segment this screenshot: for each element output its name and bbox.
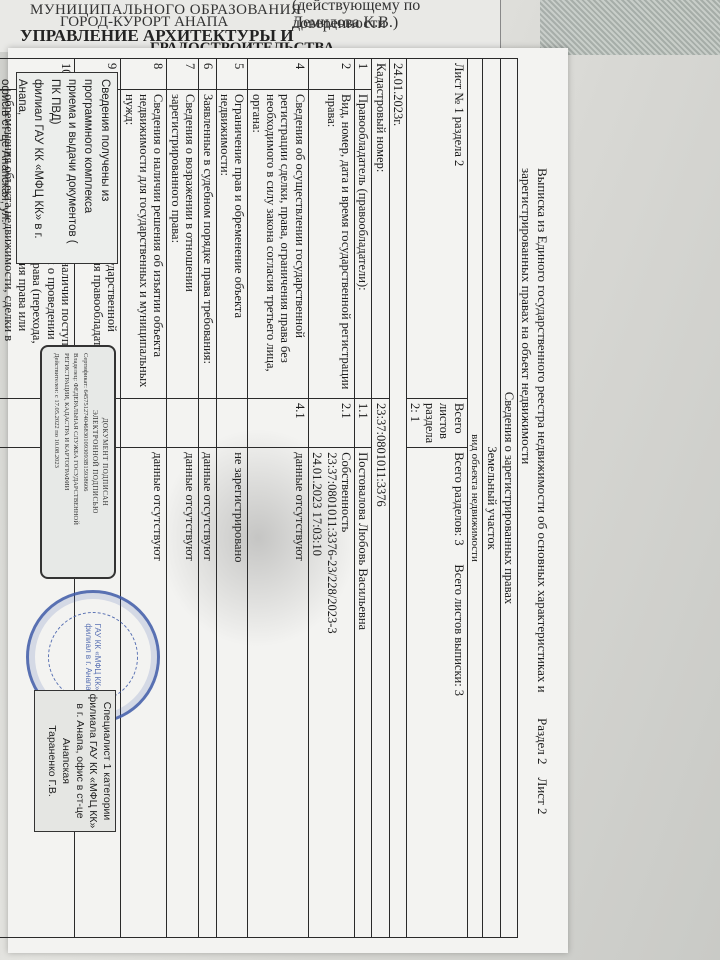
row-number: 2 xyxy=(308,59,354,90)
stamp-text: ГАУ КК «МФЦ КК» филиал в г. Анапа xyxy=(48,612,138,702)
sheet-number: Лист 2 xyxy=(535,778,550,815)
signature-owner: Владелец: ФЕДЕРАЛЬНАЯ СЛУЖБА ГОСУДАРСТВЕ… xyxy=(61,353,80,571)
total-sheets: Всего листов выписки: 3 xyxy=(452,564,466,696)
specialist-box: Специалист 1 категории филиала ГАУ КК «М… xyxy=(34,690,116,832)
section-label: Раздел 2 Лист 2 xyxy=(534,718,550,815)
table-row: 4Сведения об осуществлении государственн… xyxy=(248,59,309,938)
row-sub-number xyxy=(167,399,199,448)
row-sub-number xyxy=(121,399,167,448)
info-line-1: Сведения получены из программного компле… xyxy=(80,79,113,257)
row-label: Сведения об осуществлении государственно… xyxy=(248,90,309,399)
row-number: 5 xyxy=(216,59,248,90)
row-number: 8 xyxy=(121,59,167,90)
row-value: данные отсутствуют xyxy=(167,448,199,938)
section-number: Раздел 2 xyxy=(535,718,550,765)
row-number: 4 xyxy=(248,59,309,90)
bg-right-2: Демидова К.В.) xyxy=(292,14,398,32)
total-sheets-section: Всего листов раздела 2: 1 xyxy=(407,399,468,448)
cadastral-number: 23:37:0801011:3376 xyxy=(372,399,389,938)
row-value: данные отсутствуют xyxy=(248,448,309,938)
row-label: Правообладатель (правообладатели): xyxy=(354,90,371,399)
table-row: 2Вид, номер, дата и время государственно… xyxy=(308,59,354,938)
row-label: Ограничение прав и обременение объекта н… xyxy=(216,90,248,399)
info-line-4: офис в ст-це Анапская, ул. Тбилисская, 2… xyxy=(0,79,13,257)
specialist-line-4: Анапская xyxy=(58,693,72,829)
specialist-line-5: Тараненко Г.В. xyxy=(45,693,59,829)
specialist-line-2: филиала ГАУ КК «МФЦ КК» xyxy=(86,693,100,829)
table-row: 6Заявленные в судебном порядке права тре… xyxy=(199,59,216,938)
info-line-3: филиал ГАУ КК «МФЦ КК» в г. Анапа, xyxy=(13,79,46,257)
row-value: Постовалова Любовь Васильевна xyxy=(354,448,371,938)
table-row: 7Сведения о возражении в отношении зарег… xyxy=(167,59,199,938)
cadastral-label: Кадастровый номер: xyxy=(372,59,389,399)
background-document-header: МУНИЦИПАЛЬНОГО ОБРАЗОВАНИЯ ГОРОД-КУРОРТ … xyxy=(0,0,501,52)
specialist-line-1: Специалист 1 категории xyxy=(99,693,113,829)
row-value: не зарегистрировано xyxy=(216,448,248,938)
total-sections-cell: Всего разделов: 3 Всего листов выписки: … xyxy=(407,448,468,938)
row-value: Собственность 23:37:0801011:3376-23/228/… xyxy=(308,448,354,938)
info-line-2: приема и выдачи документов ( ПК ПВД) xyxy=(46,79,79,257)
row-number: 7 xyxy=(167,59,199,90)
source-info-box: Сведения получены из программного компле… xyxy=(16,72,118,264)
row-number: 1 xyxy=(354,59,371,90)
row-sub-number: 4.1 xyxy=(248,399,309,448)
table-row: 1Правообладатель (правообладатели):1.1По… xyxy=(354,59,371,938)
document-title: Выписка из Единого государственного реес… xyxy=(518,168,550,708)
object-type-caption: вид объекта недвижимости xyxy=(467,59,483,938)
signature-head-1: ДОКУМЕНТ ПОДПИСАН xyxy=(100,353,110,571)
row-number: 6 xyxy=(199,59,216,90)
signature-certificate: Сертификат: 6457512740468301093093B15938… xyxy=(80,353,89,571)
row-label: Сведения о наличии решения об изъятии об… xyxy=(121,90,167,399)
table-row: 5Ограничение прав и обременение объекта … xyxy=(216,59,248,938)
row-label: Сведения о возражении в отношении зареги… xyxy=(167,90,199,399)
fabric-background xyxy=(540,0,720,55)
row-sub-number: 2.1 xyxy=(308,399,354,448)
sheet-of-section: Лист № 1 раздела 2 xyxy=(407,59,468,399)
row-value: данные отсутствуют xyxy=(199,448,216,938)
date-cell: 24.01.2023г. xyxy=(389,59,406,938)
row-sub-number: 1.1 xyxy=(354,399,371,448)
signature-head-2: ЭЛЕКТРОННОЙ ПОДПИСЬЮ xyxy=(90,353,100,571)
table-row: 8Сведения о наличии решения об изъятии о… xyxy=(121,59,167,938)
object-type-cell: Земельный участок xyxy=(483,59,500,938)
row-sub-number xyxy=(199,399,216,448)
row-label: Заявленные в судебном порядке права треб… xyxy=(199,90,216,399)
subtitle-cell: Сведения о зарегистрированных правах xyxy=(500,59,517,938)
total-sections: Всего разделов: 3 xyxy=(452,452,466,545)
specialist-line-3: в г. Анапа, офис в ст-це xyxy=(72,693,86,829)
row-label: Вид, номер, дата и время государственной… xyxy=(308,90,354,399)
signature-valid: Действителен: с 17.05.2022 по 10.08.2023 xyxy=(52,353,61,571)
electronic-signature-box: ДОКУМЕНТ ПОДПИСАН ЭЛЕКТРОННОЙ ПОДПИСЬЮ С… xyxy=(40,345,116,579)
row-sub-number xyxy=(216,399,248,448)
